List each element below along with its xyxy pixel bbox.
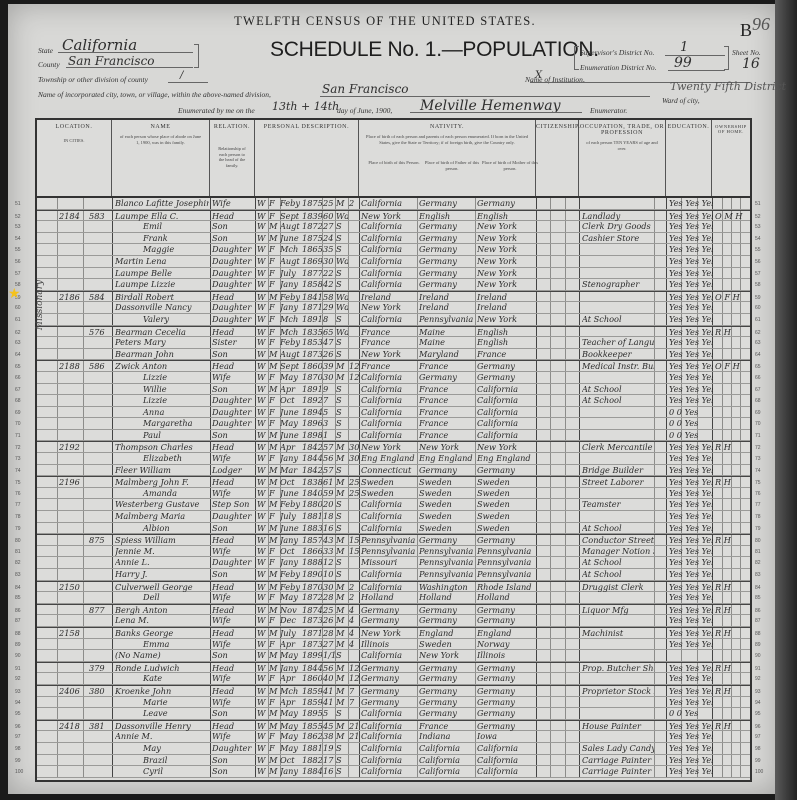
grid-line: [731, 233, 732, 244]
cell-age: 61: [323, 477, 335, 488]
cell-dw: 2184: [59, 211, 83, 222]
cell-mp: Ireland: [477, 292, 535, 303]
grid-line: [417, 755, 418, 766]
row-number: 69: [15, 410, 21, 416]
row-number: 87: [15, 618, 21, 624]
grid-line: [255, 639, 256, 650]
cell-mp: Germany: [477, 708, 535, 719]
cell-month: Sept: [280, 211, 302, 222]
grid-line: [536, 361, 537, 371]
grid-line: [475, 244, 476, 255]
grid-line: [112, 244, 113, 255]
grid-line: [654, 673, 655, 684]
grid-line: [83, 395, 84, 406]
grid-line: [722, 198, 723, 209]
grid-line: [210, 198, 211, 209]
grid-line: [83, 592, 84, 603]
grid-line: [210, 511, 211, 522]
grid-line: [579, 686, 580, 696]
row-number: 79: [15, 526, 21, 532]
grid-line: [536, 292, 537, 302]
row-number: 90: [755, 653, 761, 659]
grid-line: [654, 477, 655, 487]
grid-line: [359, 418, 360, 429]
cell-occ: At School: [582, 569, 654, 580]
cell-age: 9: [323, 384, 335, 395]
grid-line: [359, 650, 360, 661]
row-number: 70: [755, 421, 761, 427]
cell-year: 1871: [302, 628, 322, 639]
grid-line: [83, 523, 84, 534]
grid-line: [550, 372, 551, 383]
cell-ms: S: [336, 499, 348, 510]
grid-line: [722, 221, 723, 232]
cell-rel: Son: [212, 708, 254, 719]
grid-line: [731, 384, 732, 395]
table-row: MargarethaDaughterWFMay18963SCaliforniaF…: [37, 418, 750, 430]
grid-line: [83, 615, 84, 626]
grid-line: [417, 743, 418, 754]
cell-mp: English: [477, 327, 535, 338]
grid-line: [579, 244, 580, 255]
cell-age: 17: [323, 755, 335, 766]
cell-age: 30: [323, 372, 335, 383]
cell-year: 1871: [302, 302, 322, 313]
row-number: 92: [15, 676, 21, 682]
grid-line: [666, 244, 667, 255]
cell-mp: Germany: [477, 663, 535, 674]
row-number: 74: [15, 468, 21, 474]
ward-value: Twenty Fifth District: [670, 80, 786, 93]
cell-edu: Yes Yes Yes: [669, 198, 713, 209]
grid-line: [255, 477, 256, 487]
table-row: Malmberg MariaDaughterWFJuly188118SCalif…: [37, 511, 750, 523]
cell-year: 1860: [302, 673, 322, 684]
cell-year: 1874: [302, 605, 322, 616]
grid-line: [550, 233, 551, 244]
cell-fp: Pennsylvania: [419, 557, 475, 568]
col-name: NAMEof each person whose place of abode …: [112, 120, 210, 196]
cell-year: 1881: [302, 743, 322, 754]
grid-line: [255, 686, 256, 696]
grid-line: [359, 743, 360, 754]
cell-rel: Daughter: [212, 256, 254, 267]
grid-line: [731, 198, 732, 209]
row-number: 77: [755, 502, 761, 508]
cell-sex: F: [269, 211, 279, 222]
cell-sex: M: [269, 650, 279, 661]
cell-fp: France: [419, 361, 475, 372]
cell-fp: Germany: [419, 697, 475, 708]
grid-line: [359, 292, 360, 302]
cell-name: Birdall Robert: [115, 292, 209, 303]
grid-line: [359, 453, 360, 464]
cell-rel: Son: [212, 349, 254, 360]
col-ownership: OWNERSHIP OF HOME.: [712, 120, 750, 196]
row-number: 91: [755, 666, 761, 672]
grid-line: [210, 361, 211, 371]
cell-sex: F: [269, 372, 279, 383]
grid-line: [550, 292, 551, 302]
star-marker-icon[interactable]: ★: [8, 286, 21, 303]
grid-line: [654, 442, 655, 452]
grid-line: [255, 697, 256, 708]
cell-own: R H: [715, 628, 749, 639]
cell-fp: Indiana: [419, 731, 475, 742]
cell-bp: Germany: [361, 673, 417, 684]
cell-bp: California: [361, 384, 417, 395]
grid-line: [57, 372, 58, 383]
grid-line: [731, 465, 732, 476]
grid-line: [666, 488, 667, 499]
grid-line: [654, 302, 655, 313]
grid-line: [536, 592, 537, 603]
grid-line: [654, 535, 655, 545]
cell-month: May: [280, 418, 302, 429]
table-row: Bearman JohnSonWMAugt187326SNew YorkMary…: [37, 349, 750, 361]
grid-line: [83, 582, 84, 592]
grid-line: [417, 314, 418, 325]
grid-line: [654, 523, 655, 534]
cell-rel: Sister: [212, 337, 254, 348]
grid-line: [731, 337, 732, 348]
cell-sex: M: [269, 430, 279, 441]
grid-line: [740, 708, 741, 719]
cell-edu: Yes Yes Yes: [669, 361, 713, 372]
grid-line: [654, 511, 655, 522]
grid-line: [417, 697, 418, 708]
row-number: 63: [755, 340, 761, 346]
grid-line: [731, 302, 732, 313]
grid-line: [83, 233, 84, 244]
grid-line: [740, 673, 741, 684]
grid-line: [348, 569, 349, 580]
cell-month: June: [280, 523, 302, 534]
grid-line: [666, 615, 667, 626]
grid-line: [417, 453, 418, 464]
cell-age: 1: [323, 430, 335, 441]
grid-line: [255, 535, 256, 545]
grid-line: [740, 499, 741, 510]
grid-line: [417, 615, 418, 626]
grid-line: [654, 268, 655, 279]
cell-sex: F: [269, 418, 279, 429]
grid-line: [550, 361, 551, 371]
cell-edu: 0 0 Yes: [669, 418, 713, 429]
cell-color: W: [257, 302, 267, 313]
grid-line: [255, 233, 256, 244]
grid-line: [57, 292, 58, 302]
grid-line: [417, 465, 418, 476]
cell-ms: S: [336, 244, 348, 255]
cell-age: 3: [323, 418, 335, 429]
grid-line: [666, 233, 667, 244]
grid-line: [536, 605, 537, 615]
cell-name: Peters Mary: [115, 337, 209, 348]
grid-line: [666, 361, 667, 371]
grid-line: [654, 755, 655, 766]
table-row: 379Ronde LudwichHeadWMJany184456M12Germa…: [37, 662, 750, 674]
cell-name: Spiess William: [115, 535, 209, 546]
cell-age: 60: [323, 211, 335, 222]
grid-line: [579, 546, 580, 557]
grid-line: [550, 395, 551, 406]
cell-month: Mch: [280, 244, 302, 255]
grid-line: [536, 349, 537, 360]
cell-occ: Druggist Clerk: [582, 582, 654, 593]
cell-sex: M: [269, 465, 279, 476]
grid-line: [57, 708, 58, 719]
grid-line: [579, 708, 580, 719]
grid-line: [654, 628, 655, 638]
grid-line: [654, 546, 655, 557]
grid-line: [536, 511, 537, 522]
state-line: [58, 52, 193, 53]
grid-line: [348, 337, 349, 348]
cell-dw: 2158: [59, 628, 83, 639]
grid-line: [210, 268, 211, 279]
cell-rel: Head: [212, 582, 254, 593]
row-number: 64: [15, 352, 21, 358]
row-number: 63: [15, 340, 21, 346]
grid-line: [579, 488, 580, 499]
grid-line: [536, 628, 537, 638]
grid-line: [666, 511, 667, 522]
grid-line: [722, 743, 723, 754]
cell-year: 1842: [302, 465, 322, 476]
cell-age: 1/12: [323, 650, 335, 661]
cell-ms: S: [336, 349, 348, 360]
cell-rel: Daughter: [212, 407, 254, 418]
cell-ms: S: [336, 314, 348, 325]
cell-bp: Germany: [361, 663, 417, 674]
grid-line: [57, 743, 58, 754]
grid-line: [550, 663, 551, 673]
cell-fp: Germany: [419, 279, 475, 290]
cell-fp: Germany: [419, 686, 475, 697]
cell-rel: Head: [212, 721, 254, 732]
grid-line: [722, 233, 723, 244]
grid-line: [536, 465, 537, 476]
grid-line: [550, 557, 551, 568]
grid-line: [417, 221, 418, 232]
cell-fp: Pennsylvania: [419, 546, 475, 557]
cell-age: 26: [323, 615, 335, 626]
cell-sex: F: [269, 244, 279, 255]
grid-line: [536, 314, 537, 325]
grid-line: [731, 650, 732, 661]
grid-line: [579, 499, 580, 510]
grid-line: [740, 430, 741, 441]
grid-line: [359, 407, 360, 418]
cell-bp: California: [361, 721, 417, 732]
col-name-sub: of each person whose place of abode on J…: [112, 130, 209, 149]
cell-occ: Cashier Store: [582, 233, 654, 244]
grid-line: [740, 650, 741, 661]
grid-line: [579, 721, 580, 731]
grid-line: [210, 499, 211, 510]
row-number: 76: [755, 491, 761, 497]
cell-mp: Germany: [477, 697, 535, 708]
cell-name: Thompson Charles: [115, 442, 209, 453]
grid-line: [475, 615, 476, 626]
grid-line: [654, 337, 655, 348]
cell-year: 1892: [302, 395, 322, 406]
grid-line: [417, 361, 418, 371]
cell-year: 1890: [302, 569, 322, 580]
grid-line: [475, 302, 476, 313]
cell-sex: M: [269, 686, 279, 697]
grid-line: [565, 244, 566, 255]
row-number: 53: [755, 224, 761, 230]
cell-age: 27: [323, 221, 335, 232]
grid-line: [722, 349, 723, 360]
cell-month: Feby: [280, 569, 302, 580]
cell-age: 5: [323, 407, 335, 418]
cell-age: 25: [323, 198, 335, 209]
grid-line: [57, 488, 58, 499]
cell-year: 1884: [302, 766, 322, 777]
cell-color: W: [257, 650, 267, 661]
grid-line: [255, 511, 256, 522]
cell-sex: M: [269, 708, 279, 719]
cell-sex: F: [269, 743, 279, 754]
grid-line: [255, 592, 256, 603]
cell-rel: Son: [212, 221, 254, 232]
cell-own: R H: [715, 721, 749, 732]
cell-ms: S: [336, 743, 348, 754]
cell-year: 1838: [302, 477, 322, 488]
table-row: Lena M.WifeWFDec187326M4GermanyGermanyGe…: [37, 615, 750, 627]
col-personal-title: PERSONAL DESCRIPTION.: [255, 120, 358, 130]
cell-year: 1896: [302, 418, 322, 429]
grid-line: [475, 442, 476, 452]
cell-fam: 875: [89, 535, 111, 546]
cell-year: 1865: [302, 244, 322, 255]
cell-year: 1859: [302, 686, 322, 697]
cell-sex: M: [269, 535, 279, 546]
grid-line: [475, 418, 476, 429]
grid-line: [83, 708, 84, 719]
grid-line: [550, 279, 551, 290]
cell-month: June: [280, 488, 302, 499]
county-line: [66, 67, 193, 68]
grid-line: [359, 256, 360, 267]
cell-year: 1862: [302, 731, 322, 742]
cell-name: Westerberg Gustave: [115, 499, 209, 510]
cell-ms: Wd: [336, 211, 348, 222]
grid-line: [536, 268, 537, 279]
grid-line: [83, 211, 84, 221]
grid-line: [579, 628, 580, 638]
cell-edu: Yes Yes Yes: [669, 279, 713, 290]
grid-line: [210, 337, 211, 348]
cell-year: 1883: [302, 523, 322, 534]
grid-line: [475, 721, 476, 731]
grid-line: [112, 766, 113, 777]
grid-line: [666, 372, 667, 383]
cell-yrs: 4: [349, 639, 359, 650]
grid-line: [579, 755, 580, 766]
grid-line: [740, 372, 741, 383]
grid-line: [536, 535, 537, 545]
grid-line: [210, 650, 211, 661]
grid-line: [565, 279, 566, 290]
cell-own: O F H: [715, 292, 749, 303]
row-number: 77: [15, 502, 21, 508]
cell-edu: Yes Yes Yes: [669, 384, 713, 395]
cell-bp: California: [361, 582, 417, 593]
cell-color: W: [257, 569, 267, 580]
grid-line: [112, 499, 113, 510]
row-number: 81: [15, 549, 21, 555]
cell-year: 1860: [302, 361, 322, 372]
row-number: 90: [15, 653, 21, 659]
row-number: 86: [15, 608, 21, 614]
grid-line: [731, 314, 732, 325]
grid-line: [359, 372, 360, 383]
grid-line: [579, 743, 580, 754]
row-number: 64: [755, 352, 761, 358]
table-row: Peters MarySisterWFFeby185347SFranceMain…: [37, 337, 750, 349]
cell-sex: F: [269, 557, 279, 568]
grid-line: [731, 766, 732, 777]
enumerator-label: Enumerator.: [590, 106, 627, 115]
grid-line: [83, 686, 84, 696]
grid-line: [112, 477, 113, 487]
grid-line: [475, 743, 476, 754]
grid-line: [417, 302, 418, 313]
cell-rel: Daughter: [212, 279, 254, 290]
ward-label: Ward of city,: [662, 96, 700, 105]
grid-line: [57, 628, 58, 638]
grid-line: [550, 499, 551, 510]
col-occupation: OCCUPATION, TRADE, OR PROFESSIONof each …: [579, 120, 666, 196]
cell-color: W: [257, 686, 267, 697]
cell-fp: France: [419, 721, 475, 732]
cell-fp: Washington: [419, 582, 475, 593]
row-number: 61: [15, 317, 21, 323]
grid-line: [57, 731, 58, 742]
grid-line: [348, 327, 349, 337]
grid-line: [348, 279, 349, 290]
grid-line: [666, 697, 667, 708]
cell-rel: Daughter: [212, 244, 254, 255]
row-number: 72: [15, 445, 21, 451]
cell-fp: English: [419, 211, 475, 222]
grid-line: [550, 731, 551, 742]
cell-fp: Germany: [419, 221, 475, 232]
grid-line: [579, 372, 580, 383]
grid-line: [740, 731, 741, 742]
grid-line: [417, 198, 418, 209]
grid-line: [579, 453, 580, 464]
cell-name: Dassonville Nancy: [115, 302, 209, 313]
grid-line: [83, 477, 84, 487]
cell-color: W: [257, 639, 267, 650]
cell-sex: M: [269, 605, 279, 616]
cell-name: Lena M.: [115, 615, 209, 626]
cell-year: 1835: [302, 327, 322, 338]
grid-line: [565, 465, 566, 476]
grid-line: [112, 211, 113, 221]
cell-edu: Yes Yes Yes: [669, 233, 713, 244]
grid-line: [112, 279, 113, 290]
grid-line: [654, 384, 655, 395]
grid-line: [550, 511, 551, 522]
grid-line: [417, 349, 418, 360]
cell-yrs: 12: [349, 372, 359, 383]
